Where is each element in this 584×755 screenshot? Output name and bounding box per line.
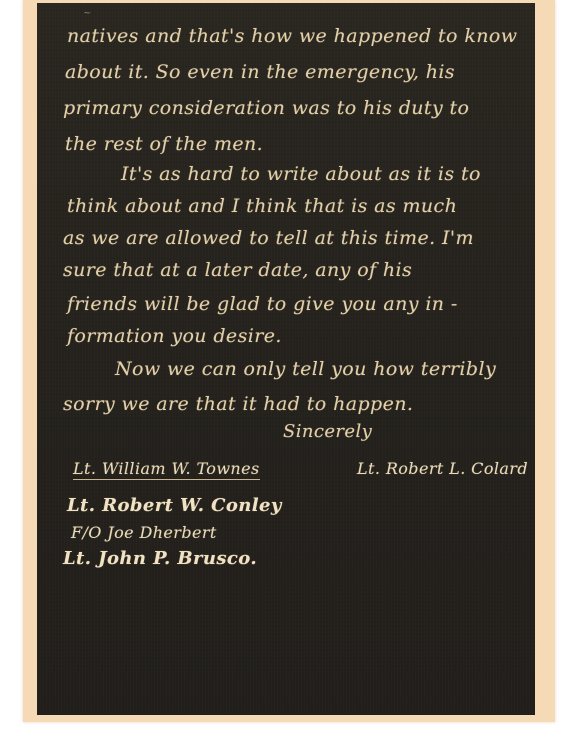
letter-line: formation you desire. (67, 325, 282, 347)
letter-sheet: ~ natives and that's how we happened to … (37, 3, 535, 715)
letter-line: think about and I think that is as much (67, 195, 457, 217)
letter-line: the rest of the men. (65, 133, 263, 155)
letter-line: Now we can only tell you how terribly (115, 358, 496, 380)
letter-line: as we are allowed to tell at this time. … (63, 227, 474, 249)
letter-line: primary consideration was to his duty to (63, 97, 469, 119)
letter-closing: Sincerely (283, 421, 372, 442)
signature-townes: Lt. William W. Townes (73, 459, 260, 480)
signature-colard: Lt. Robert L. Colard (357, 459, 528, 478)
signature-dherbert: F/O Joe Dherbert (71, 523, 217, 542)
letter-line: about it. So even in the emergency, his (65, 61, 455, 83)
top-corner-mark: ~ (83, 8, 91, 19)
signature-conley: Lt. Robert W. Conley (67, 495, 282, 516)
letter-line: It's as hard to write about as it is to (121, 163, 481, 185)
letter-line: sure that at a later date, any of his (63, 259, 412, 281)
letter-line: sorry we are that it had to happen. (63, 393, 413, 415)
signature-brusco: Lt. John P. Brusco. (63, 548, 257, 569)
letter-line: natives and that's how we happened to kn… (67, 25, 517, 47)
letter-line: friends will be glad to give you any in … (67, 293, 458, 315)
